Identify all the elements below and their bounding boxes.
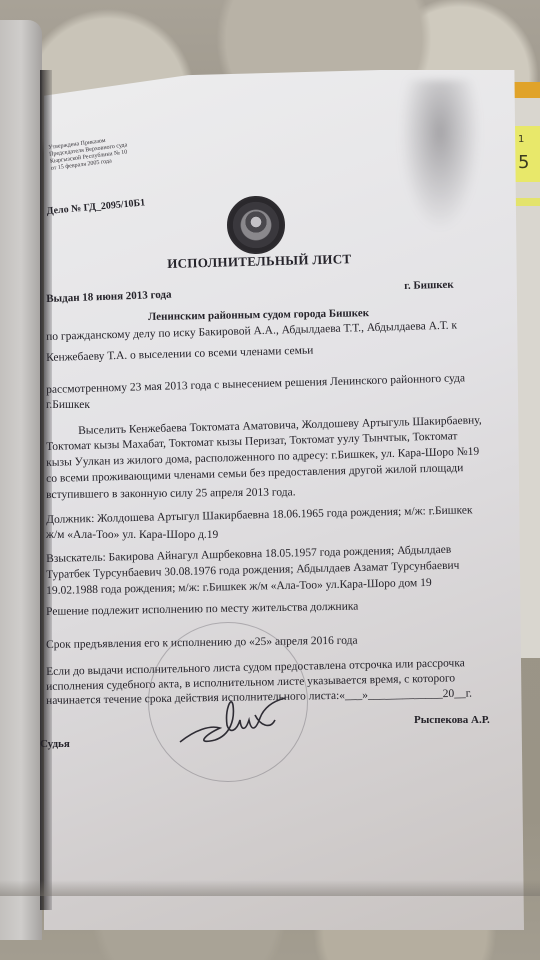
judge-label: Судья	[40, 737, 70, 752]
judge-name: Рыспекова А.Р.	[414, 713, 490, 728]
writ-of-execution: Утверждена Приказом Председателя Верховн…	[0, 0, 540, 960]
body-line: рассмотренному 23 мая 2013 года с вынесе…	[46, 371, 465, 398]
body-line: Кенжебаеву Т.А. о выселении со всеми чле…	[46, 344, 314, 366]
case-number: Дело № ГД_2095/10Б1	[46, 195, 146, 219]
body-line: г.Бишкек	[46, 398, 90, 413]
debtor-address: ж/м «Ала-Тоо» ул. Кара-Шоро д.19	[46, 528, 218, 543]
city-label: г. Бишкек	[404, 278, 454, 294]
body-line: вступившего в законную силу 25 апреля 20…	[46, 485, 296, 503]
document-title: ИСПОЛНИТЕЛЬНЫЙ ЛИСТ	[167, 251, 352, 271]
approval-note: Утверждена Приказом Председателя Верховн…	[48, 135, 131, 173]
execution-place: Решение подлежит исполнению по месту жит…	[46, 600, 358, 620]
state-emblem-icon	[227, 196, 285, 254]
issue-date: Выдан 18 июня 2013 года	[46, 288, 172, 307]
judge-signature	[175, 690, 290, 750]
debtor-line: Должник: Жолдошева Артыгул Шакирбаевна 1…	[46, 503, 473, 528]
